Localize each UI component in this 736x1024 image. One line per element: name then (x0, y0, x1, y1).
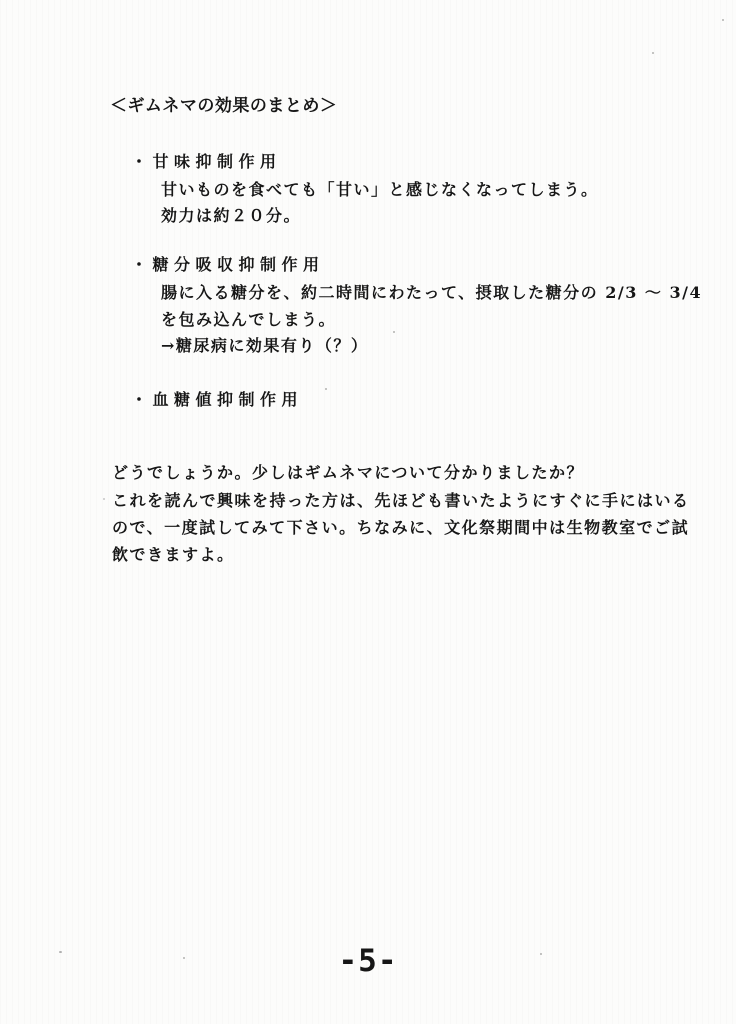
scan-speck (103, 498, 105, 500)
section-heading-blood-sugar-suppression: ・血糖値抑制作用 (131, 390, 303, 409)
closing-paragraph-line4: 飲できますよ。 (112, 545, 235, 564)
scan-speck (722, 19, 724, 21)
scan-speck (393, 331, 395, 333)
section1-line2: 効力は約２０分。 (161, 206, 301, 225)
page-number: -5- (0, 943, 736, 979)
section2-line2: を包み込んでしまう。 (161, 310, 336, 329)
section2-line1: 腸に入る糖分を、約二時間にわたって、摂取した糖分の 2/3 ～ 3/4 (161, 283, 702, 302)
scan-speck (183, 957, 185, 959)
scan-speck (652, 52, 654, 54)
section-heading-sugar-absorption-suppression: ・糖分吸収抑制作用 (131, 255, 325, 274)
scan-speck (325, 388, 327, 390)
section1-line1: 甘いものを食べても「甘い」と感じなくなってしまう。 (161, 180, 599, 199)
closing-paragraph-line1: どうでしょうか。少しはギムネマについて分かりましたか？ (112, 463, 584, 482)
scanned-document-page: ＜ギムネマの効果のまとめ＞ ・甘味抑制作用 甘いものを食べても「甘い」と感じなく… (0, 0, 736, 1024)
page-title: ＜ギムネマの効果のまとめ＞ (110, 96, 337, 116)
closing-paragraph-line3: ので、一度試してみて下さい。ちなみに、文化祭期間中は生物教室でご試 (112, 518, 689, 537)
scan-speck (540, 953, 542, 955)
scan-speck (59, 951, 62, 953)
section-heading-sweetness-suppression: ・甘味抑制作用 (131, 152, 282, 171)
section2-line3: →糖尿病に効果有り（？） (161, 336, 368, 355)
closing-paragraph-line2: これを読んで興味を持った方は、先ほども書いたようにすぐに手にはいる (112, 491, 690, 510)
